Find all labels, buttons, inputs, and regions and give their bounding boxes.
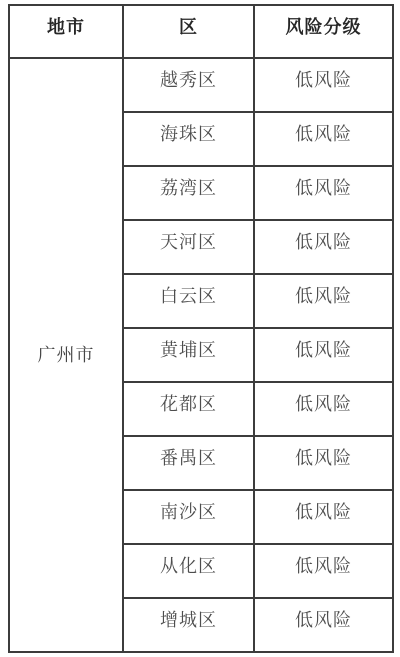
district-cell: 黄埔区 <box>123 328 254 382</box>
header-cell-district: 区 <box>123 5 254 58</box>
risk-cell: 低风险 <box>254 328 393 382</box>
table-row: 广州市 越秀区 低风险 <box>9 58 393 112</box>
district-cell: 南沙区 <box>123 490 254 544</box>
header-cell-risk: 风险分级 <box>254 5 393 58</box>
risk-level-table: 地市 区 风险分级 广州市 越秀区 低风险 海珠区 低风险 荔湾区 低风险 天河… <box>8 4 394 653</box>
risk-cell: 低风险 <box>254 598 393 652</box>
page-background: 地市 区 风险分级 广州市 越秀区 低风险 海珠区 低风险 荔湾区 低风险 天河… <box>0 0 400 657</box>
risk-cell: 低风险 <box>254 166 393 220</box>
district-cell: 天河区 <box>123 220 254 274</box>
district-cell: 白云区 <box>123 274 254 328</box>
district-cell: 海珠区 <box>123 112 254 166</box>
district-cell: 从化区 <box>123 544 254 598</box>
district-cell: 增城区 <box>123 598 254 652</box>
risk-cell: 低风险 <box>254 436 393 490</box>
risk-cell: 低风险 <box>254 58 393 112</box>
risk-cell: 低风险 <box>254 490 393 544</box>
risk-cell: 低风险 <box>254 220 393 274</box>
risk-cell: 低风险 <box>254 382 393 436</box>
district-cell: 越秀区 <box>123 58 254 112</box>
district-cell: 花都区 <box>123 382 254 436</box>
header-cell-city: 地市 <box>9 5 123 58</box>
district-cell: 番禺区 <box>123 436 254 490</box>
risk-cell: 低风险 <box>254 112 393 166</box>
city-cell: 广州市 <box>9 58 123 652</box>
header-row: 地市 区 风险分级 <box>9 5 393 58</box>
risk-cell: 低风险 <box>254 274 393 328</box>
risk-cell: 低风险 <box>254 544 393 598</box>
district-cell: 荔湾区 <box>123 166 254 220</box>
